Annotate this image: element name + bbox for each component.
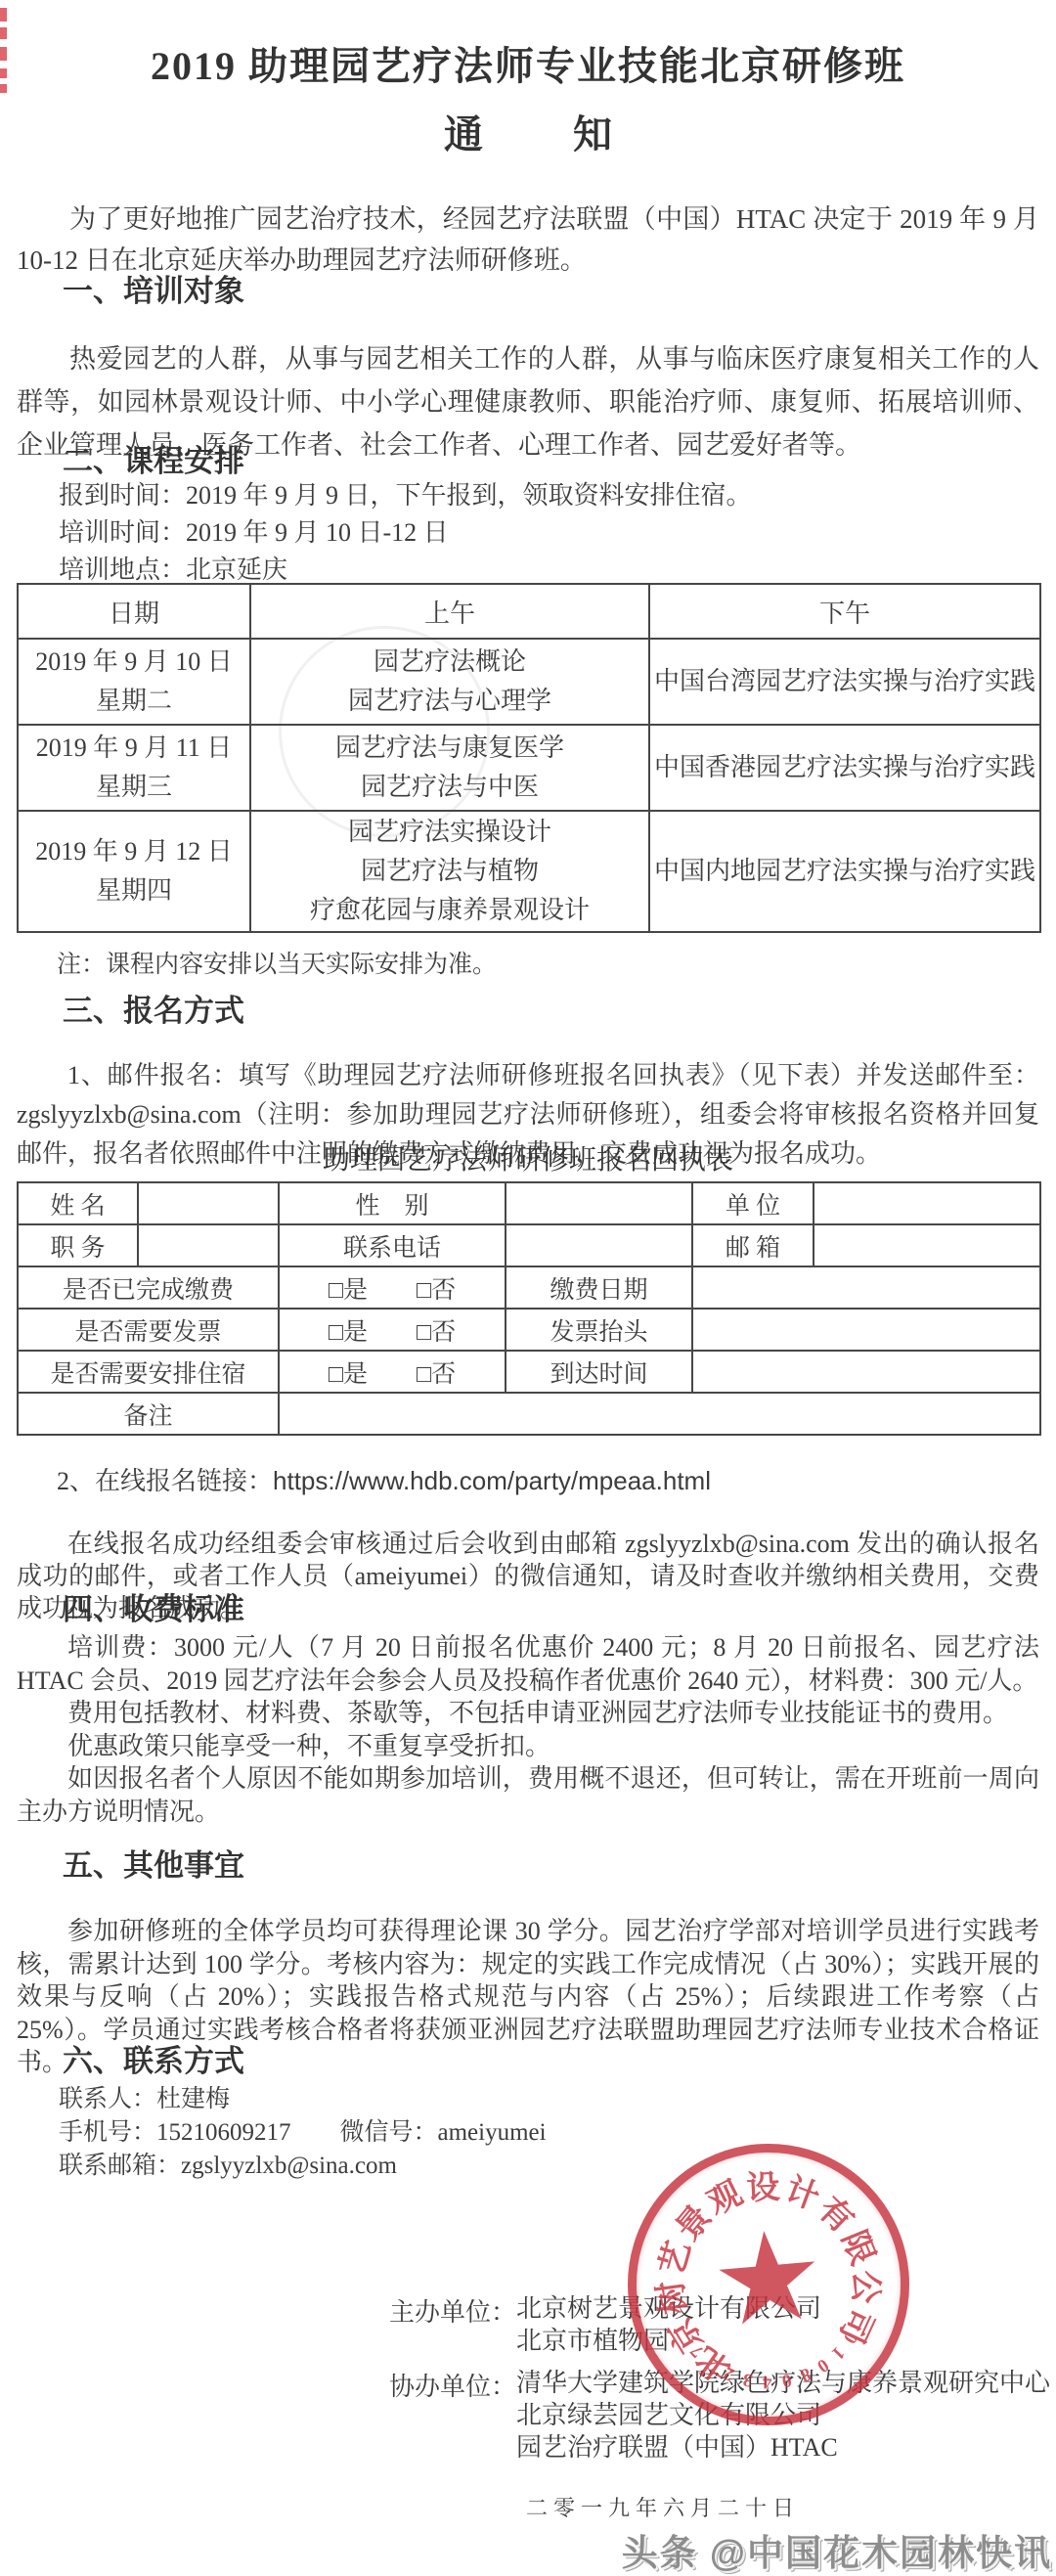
schedule-cell-afternoon: 中国台湾园艺疗法实操与治疗实践 [649,639,1040,725]
schedule-row-day3: 2019 年 9 月 12 日 星期四 园艺疗法实操设计 园艺疗法与植物 疗愈花… [18,811,1040,932]
co-organizer-label: 协办单位： [389,2367,516,2403]
reply-form-row-lodging: 是否需要安排住宿 □是 □否 到达时间 [18,1351,1040,1393]
label-arrival: 到达时间 [506,1351,692,1393]
schedule-row-day1: 2019 年 9 月 10 日 星期二 园艺疗法概论 园艺疗法与心理学 中国台湾… [18,639,1040,725]
fees-paragraphs: 培训费：3000 元/人（7 月 20 日前报名优惠价 2400 元；8 月 2… [17,1631,1039,1828]
contact-email-line: 联系邮箱：zgslyyzlxb@sina.com [59,2150,547,2183]
checkbox-invoice-yes-no[interactable]: □是 □否 [279,1309,506,1351]
label-pay-date: 缴费日期 [506,1266,692,1309]
label-remarks: 备注 [18,1393,279,1435]
fees-paragraph-includes: 费用包括教材、材料费、茶歇等，不包括申请亚洲园艺疗法师专业技能证书的费用。 [17,1697,1039,1730]
label-invoice: 是否需要发票 [18,1309,279,1351]
schedule-row-day2: 2019 年 9 月 11 日 星期三 园艺疗法与康复医学 园艺疗法与中医 中国… [18,725,1040,811]
online-signup-line: 2、在线报名链接：https://www.hdb.com/party/mpeaa… [57,1461,711,1497]
reply-form-row-contact: 职 务 联系电话 邮 箱 [18,1224,1040,1266]
input-arrival[interactable] [692,1351,1040,1393]
host-label: 主办单位： [389,2292,516,2329]
schedule-cell-afternoon: 中国香港园艺疗法实操与治疗实践 [649,725,1040,811]
reply-form-row-identity: 姓 名 性 别 单 位 [18,1182,1040,1224]
toutiao-watermark: 头条 @中国花木园林快讯 [622,2523,1052,2576]
label-lodging: 是否需要安排住宿 [18,1351,279,1393]
schedule-cell-afternoon: 中国内地园艺疗法实操与治疗实践 [649,811,1040,932]
schedule-header-date: 日期 [18,584,250,639]
schedule-header-row: 日期 上午 下午 [18,584,1040,639]
reply-form-row-payment: 是否已完成缴费 □是 □否 缴费日期 [18,1266,1040,1309]
section-heading-course: 二、课程安排 [63,436,244,480]
section-heading-contact: 六、联系方式 [63,2036,244,2080]
schedule-cell-date: 2019 年 9 月 10 日 星期二 [18,639,250,725]
reply-form-title: 助理园艺疗法师研修班报名回执表 [0,1138,1056,1177]
label-paid: 是否已完成缴费 [18,1266,279,1309]
schedule-cell-morning: 园艺疗法实操设计 园艺疗法与植物 疗愈花园与康养景观设计 [250,811,649,932]
schedule-cell-morning: 园艺疗法与康复医学 园艺疗法与中医 [250,725,649,811]
contact-phone-line: 手机号：15210609217 微信号：ameiyumei [59,2116,547,2150]
input-gender[interactable] [506,1182,692,1224]
notice-subtitle: 通 知 [0,104,1056,159]
page-title: 2019 助理园艺疗法师专业技能北京研修班 [0,35,1056,91]
input-remarks[interactable] [279,1393,1040,1435]
schedule-header-afternoon: 下午 [649,584,1040,639]
reply-form-row-remarks: 备注 [18,1393,1040,1435]
training-time-line: 培训时间：2019 年 9 月 10 日-12 日 [59,514,752,552]
schedule-table: 日期 上午 下午 2019 年 9 月 10 日 星期二 园艺疗法概论 园艺疗法… [17,583,1041,933]
input-email[interactable] [814,1224,1040,1266]
document-date: 二零一九年六月二十日 [526,2492,800,2522]
seal-star-icon: ★ [706,2201,830,2356]
fees-paragraph-refund: 如因报名者个人原因不能如期参加培训，费用概不退还，但可转让，需在开班前一周向主办… [17,1762,1039,1828]
co-organizer: 园艺治疗联盟（中国）HTAC [516,2431,1050,2464]
schedule-cell-morning: 园艺疗法概论 园艺疗法与心理学 [250,639,649,725]
registration-time-line: 报到时间：2019 年 9 月 9 日，下午报到，领取资料安排住宿。 [59,477,752,514]
label-name: 姓 名 [18,1182,138,1224]
reply-form-table: 姓 名 性 别 单 位 职 务 联系电话 邮 箱 是否已完成缴费 □是 □否 缴… [17,1181,1041,1436]
schedule-cell-date: 2019 年 9 月 11 日 星期三 [18,725,250,811]
schedule-note: 注：课程内容安排以当天实际安排为准。 [57,945,497,980]
section-heading-others: 五、其他事宜 [63,1841,244,1885]
contact-lines: 联系人：杜建梅 手机号：15210609217 微信号：ameiyumei 联系… [59,2083,547,2183]
section-heading-fees: 四、收费标准 [63,1584,244,1628]
contact-person-line: 联系人：杜建梅 [59,2083,547,2116]
input-pay-date[interactable] [692,1266,1040,1309]
input-name[interactable] [138,1182,279,1224]
label-unit: 单 位 [692,1182,814,1224]
course-info-lines: 报到时间：2019 年 9 月 9 日，下午报到，领取资料安排住宿。 培训时间：… [59,477,752,589]
fees-paragraph-price: 培训费：3000 元/人（7 月 20 日前报名优惠价 2400 元；8 月 2… [17,1631,1039,1697]
input-unit[interactable] [814,1182,1040,1224]
input-phone[interactable] [506,1224,692,1266]
reply-form-row-invoice: 是否需要发票 □是 □否 发票抬头 [18,1309,1040,1351]
schedule-cell-date: 2019 年 9 月 12 日 星期四 [18,811,250,932]
checkbox-lodging-yes-no[interactable]: □是 □否 [279,1351,506,1393]
input-position[interactable] [138,1224,279,1266]
label-phone: 联系电话 [279,1224,506,1266]
checkbox-paid-yes-no[interactable]: □是 □否 [279,1266,506,1309]
label-email: 邮 箱 [692,1224,814,1266]
scan-artifact-red-mark [0,8,7,22]
company-seal: ★ 北京树艺景观设计有限公司 0108043227 [616,2132,921,2437]
input-invoice-title[interactable] [692,1309,1040,1351]
label-gender: 性 别 [279,1182,506,1224]
online-signup-label: 2、在线报名链接： [57,1467,273,1495]
label-invoice-title: 发票抬头 [506,1309,692,1351]
online-signup-url[interactable]: https://www.hdb.com/party/mpeaa.html [273,1466,711,1495]
fees-paragraph-discount: 优惠政策只能享受一种，不重复享受折扣。 [17,1730,1039,1763]
label-position: 职 务 [18,1224,138,1266]
section-heading-signup: 三、报名方式 [63,986,244,1030]
section-heading-audience: 一、培训对象 [63,266,244,310]
schedule-header-morning: 上午 [250,584,649,639]
